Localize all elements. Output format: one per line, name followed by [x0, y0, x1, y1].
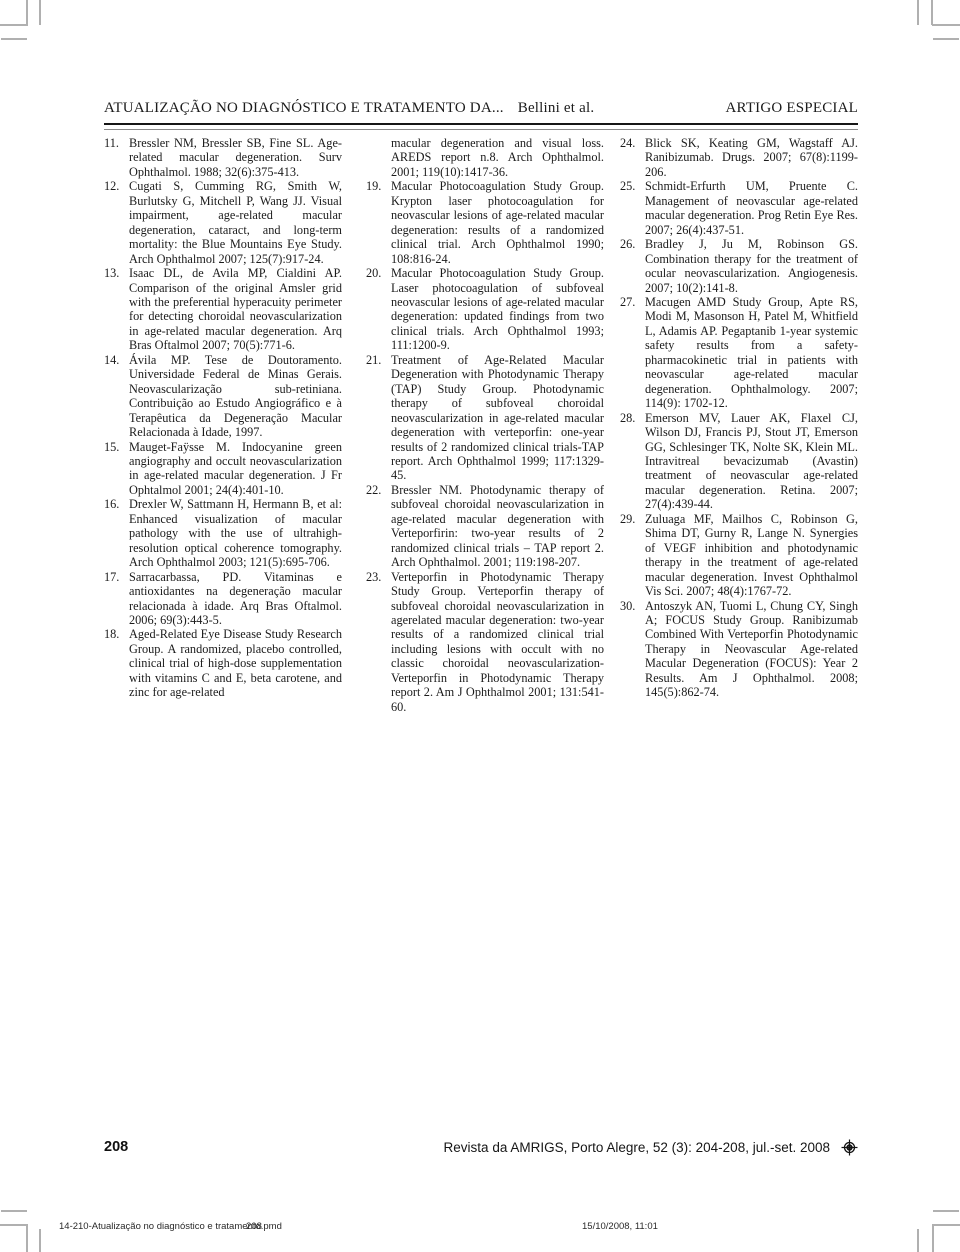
reference-number: 15. [104, 440, 126, 454]
reference-number: 26. [620, 237, 642, 251]
reference-item: 18.Aged-Related Eye Disease Study Resear… [104, 627, 342, 699]
running-head-left: ATUALIZAÇÃO NO DIAGNÓSTICO E TRATAMENTO … [104, 100, 594, 117]
crop-mark [0, 24, 28, 26]
reference-item: 12.Cugati S, Cumming RG, Smith W, Burlut… [104, 179, 342, 266]
reference-number: 29. [620, 512, 642, 526]
reference-text: Treatment of Age-Related Macular Degener… [391, 353, 604, 483]
reference-item: 25.Schmidt-Erfurth UM, Pruente C. Manage… [620, 179, 858, 237]
reference-item: 15.Mauget-Faÿsse M. Indocyanine green an… [104, 440, 342, 498]
crop-mark [1, 1210, 27, 1212]
crop-mark [933, 38, 959, 40]
reference-number: 28. [620, 411, 642, 425]
reference-number: 12. [104, 179, 126, 193]
reference-number: 24. [620, 136, 642, 150]
reference-number: 17. [104, 570, 126, 584]
reference-number: 11. [104, 136, 126, 150]
reference-item: 26.Bradley J, Ju M, Robinson GS. Combina… [620, 237, 858, 295]
reference-number: 23. [366, 570, 388, 584]
registration-target-icon [841, 1139, 858, 1156]
reference-item: 21.Treatment of Age-Related Macular Dege… [366, 353, 604, 483]
reference-text: Mauget-Faÿsse M. Indocyanine green angio… [129, 440, 342, 497]
crop-mark [39, 0, 41, 25]
reference-item: 14.Ávila MP. Tese de Doutoramento. Unive… [104, 353, 342, 440]
reference-text: Verteporfin in Photodynamic Therapy Stud… [391, 570, 604, 714]
slug-overlap-page-number: 208 [246, 1221, 262, 1232]
reference-item: macular degeneration and visual loss. AR… [366, 136, 604, 179]
reference-number: 25. [620, 179, 642, 193]
reference-text: macular degeneration and visual loss. AR… [391, 136, 604, 179]
reference-number: 18. [104, 627, 126, 641]
reference-number: 13. [104, 266, 126, 280]
reference-text: Macugen AMD Study Group, Apte RS, Modi M… [645, 295, 858, 410]
reference-number: 22. [366, 483, 388, 497]
reference-number: 30. [620, 599, 642, 613]
reference-number: 16. [104, 497, 126, 511]
reference-text: Antoszyk AN, Tuomi L, Chung CY, Singh A;… [645, 599, 858, 700]
reference-text: Cugati S, Cumming RG, Smith W, Burlutsky… [129, 179, 342, 265]
reference-item: 13.Isaac DL, de Avila MP, Cialdini AP. C… [104, 266, 342, 353]
running-head: ATUALIZAÇÃO NO DIAGNÓSTICO E TRATAMENTO … [104, 100, 858, 117]
crop-mark [1, 38, 27, 40]
footer-journal-line-wrap: Revista da AMRIGS, Porto Alegre, 52 (3):… [444, 1139, 858, 1156]
reference-text: Aged-Related Eye Disease Study Research … [129, 627, 342, 699]
reference-text: Bressler NM, Bressler SB, Fine SL. Age-r… [129, 136, 342, 179]
reference-item: 24.Blick SK, Keating GM, Wagstaff AJ. Ra… [620, 136, 858, 179]
running-authors: Bellini et al. [518, 100, 595, 116]
crop-mark [931, 0, 933, 25]
header-rule-thin [104, 129, 858, 130]
reference-number: 19. [366, 179, 388, 193]
reference-item: 29.Zuluaga MF, Mailhos C, Robinson G, Sh… [620, 512, 858, 599]
reference-number: 14. [104, 353, 126, 367]
reference-item: 27.Macugen AMD Study Group, Apte RS, Mod… [620, 295, 858, 411]
references-column-1: 11.Bressler NM, Bressler SB, Fine SL. Ag… [104, 136, 342, 700]
reference-text: Zuluaga MF, Mailhos C, Robinson G, Shima… [645, 512, 858, 598]
crop-mark [917, 0, 919, 25]
journal-line: Revista da AMRIGS, Porto Alegre, 52 (3):… [444, 1140, 830, 1155]
reference-text: Emerson MV, Lauer AK, Flaxel CJ, Wilson … [645, 411, 858, 512]
reference-text: Drexler W, Sattmann H, Hermann B, et al:… [129, 497, 342, 569]
reference-text: Blick SK, Keating GM, Wagstaff AJ. Ranib… [645, 136, 858, 179]
reference-text: Ávila MP. Tese de Doutoramento. Universi… [129, 353, 342, 439]
references-column-2: macular degeneration and visual loss. AR… [366, 136, 604, 714]
reference-item: 16.Drexler W, Sattmann H, Hermann B, et … [104, 497, 342, 569]
reference-item: 28.Emerson MV, Lauer AK, Flaxel CJ, Wils… [620, 411, 858, 512]
running-title: ATUALIZAÇÃO NO DIAGNÓSTICO E TRATAMENTO … [104, 100, 504, 116]
reference-text: Macular Photocoagulation Study Group. La… [391, 266, 604, 352]
header-rule-thick [104, 123, 858, 125]
reference-text: Bressler NM. Photodynamic therapy of sub… [391, 483, 604, 569]
reference-text: Isaac DL, de Avila MP, Cialdini AP. Comp… [129, 266, 342, 352]
section-label: ARTIGO ESPECIAL [725, 100, 858, 117]
reference-item: 17.Sarracarbassa, PD. Vitaminas e antiox… [104, 570, 342, 628]
crop-mark [933, 1210, 959, 1212]
reference-number: 27. [620, 295, 642, 309]
page-number: 208 [104, 1139, 128, 1155]
reference-text: Schmidt-Erfurth UM, Pruente C. Managemen… [645, 179, 858, 236]
reference-item: 11.Bressler NM, Bressler SB, Fine SL. Ag… [104, 136, 342, 179]
reference-item: 20.Macular Photocoagulation Study Group.… [366, 266, 604, 353]
slug-timestamp: 15/10/2008, 11:01 [582, 1221, 658, 1232]
reference-text: Macular Photocoagulation Study Group. Kr… [391, 179, 604, 265]
reference-item: 19.Macular Photocoagulation Study Group.… [366, 179, 604, 266]
reference-item: 23.Verteporfin in Photodynamic Therapy S… [366, 570, 604, 715]
reference-number: 21. [366, 353, 388, 367]
crop-mark [932, 24, 960, 26]
reference-item: 30.Antoszyk AN, Tuomi L, Chung CY, Singh… [620, 599, 858, 700]
journal-page: ATUALIZAÇÃO NO DIAGNÓSTICO E TRATAMENTO … [0, 0, 960, 1252]
references-column-3: 24.Blick SK, Keating GM, Wagstaff AJ. Ra… [620, 136, 858, 700]
printer-slug-line: 14-210-Atualização no diagnóstico e trat… [0, 1221, 960, 1235]
reference-item: 22.Bressler NM. Photodynamic therapy of … [366, 483, 604, 570]
reference-text: Bradley J, Ju M, Robinson GS. Combinatio… [645, 237, 858, 294]
crop-mark [26, 0, 28, 25]
reference-text: Sarracarbassa, PD. Vitaminas e antioxida… [129, 570, 342, 627]
reference-number: 20. [366, 266, 388, 280]
